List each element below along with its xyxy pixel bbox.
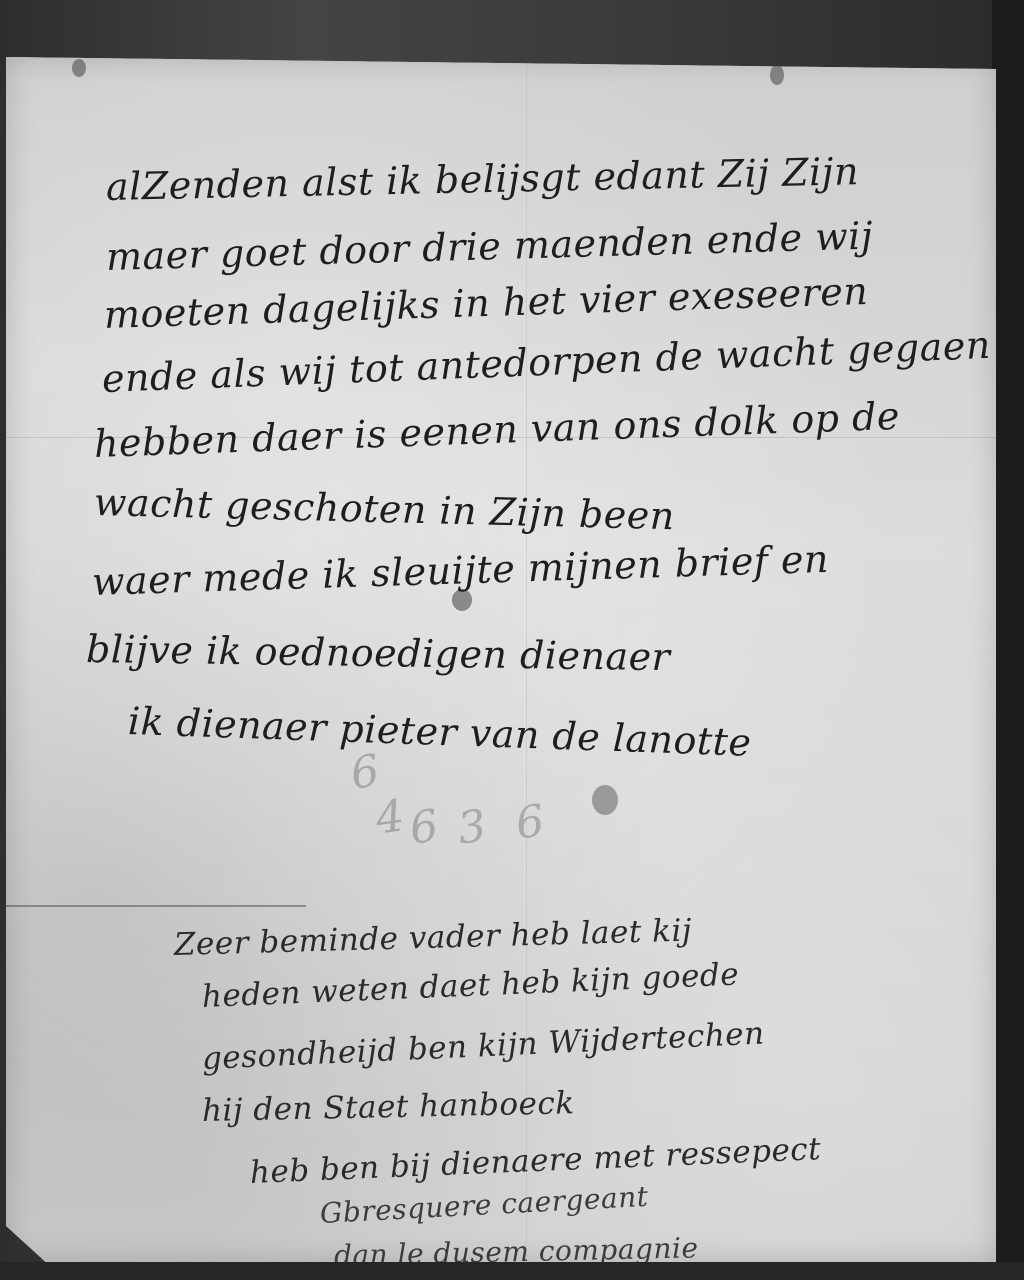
postscript-line: Gbresquere caergeant: [319, 1180, 649, 1230]
scan-border-bottom: [0, 1262, 1024, 1280]
letter-line: blijve ik oednoedigen dienaer: [86, 627, 671, 679]
letter-line: wacht geschoten in Zijn been: [93, 480, 675, 538]
bleed-through-mark: 6: [513, 795, 548, 849]
ink-stain: [770, 65, 784, 85]
letter-line: ende als wij tot antedorpen de wacht geg…: [101, 323, 991, 401]
postscript-line: hij den Staet hanboeck: [202, 1085, 575, 1129]
letter-line: hebben daer is eenen van ons dolk op de: [93, 394, 900, 466]
postscript-line: Zeer beminde vader heb laet kij: [173, 913, 692, 963]
letter-line: maer goet door drie maenden ende wij: [105, 214, 873, 279]
letter-signature: ik dienaer pieter van de lanotte: [127, 699, 752, 765]
ink-stain: [72, 59, 86, 77]
postscript-line: gesondheijd ben kijn Wijdertechen: [201, 1015, 765, 1077]
bleed-through-mark: 3: [455, 800, 490, 854]
fold-crease: [6, 905, 306, 907]
letter-page: 6 4 6 3 6 alZenden alst ik belijsgt edan…: [6, 57, 996, 1262]
postscript-line: heb ben bij dienaere met ressepect: [249, 1131, 822, 1191]
postscript-line: heden weten daet heb kijn goede: [201, 957, 740, 1015]
ink-blot: [592, 785, 618, 815]
bleed-through-mark: 4: [373, 790, 408, 844]
letter-line: moeten dagelijks in het vier exeseeren: [103, 269, 869, 337]
letter-line: alZenden alst ik belijsgt edant Zij Zijn: [106, 149, 860, 209]
bleed-through-mark: 6: [348, 745, 383, 799]
scan-border-right: [992, 0, 1024, 1280]
bleed-through-mark: 6: [407, 800, 442, 854]
